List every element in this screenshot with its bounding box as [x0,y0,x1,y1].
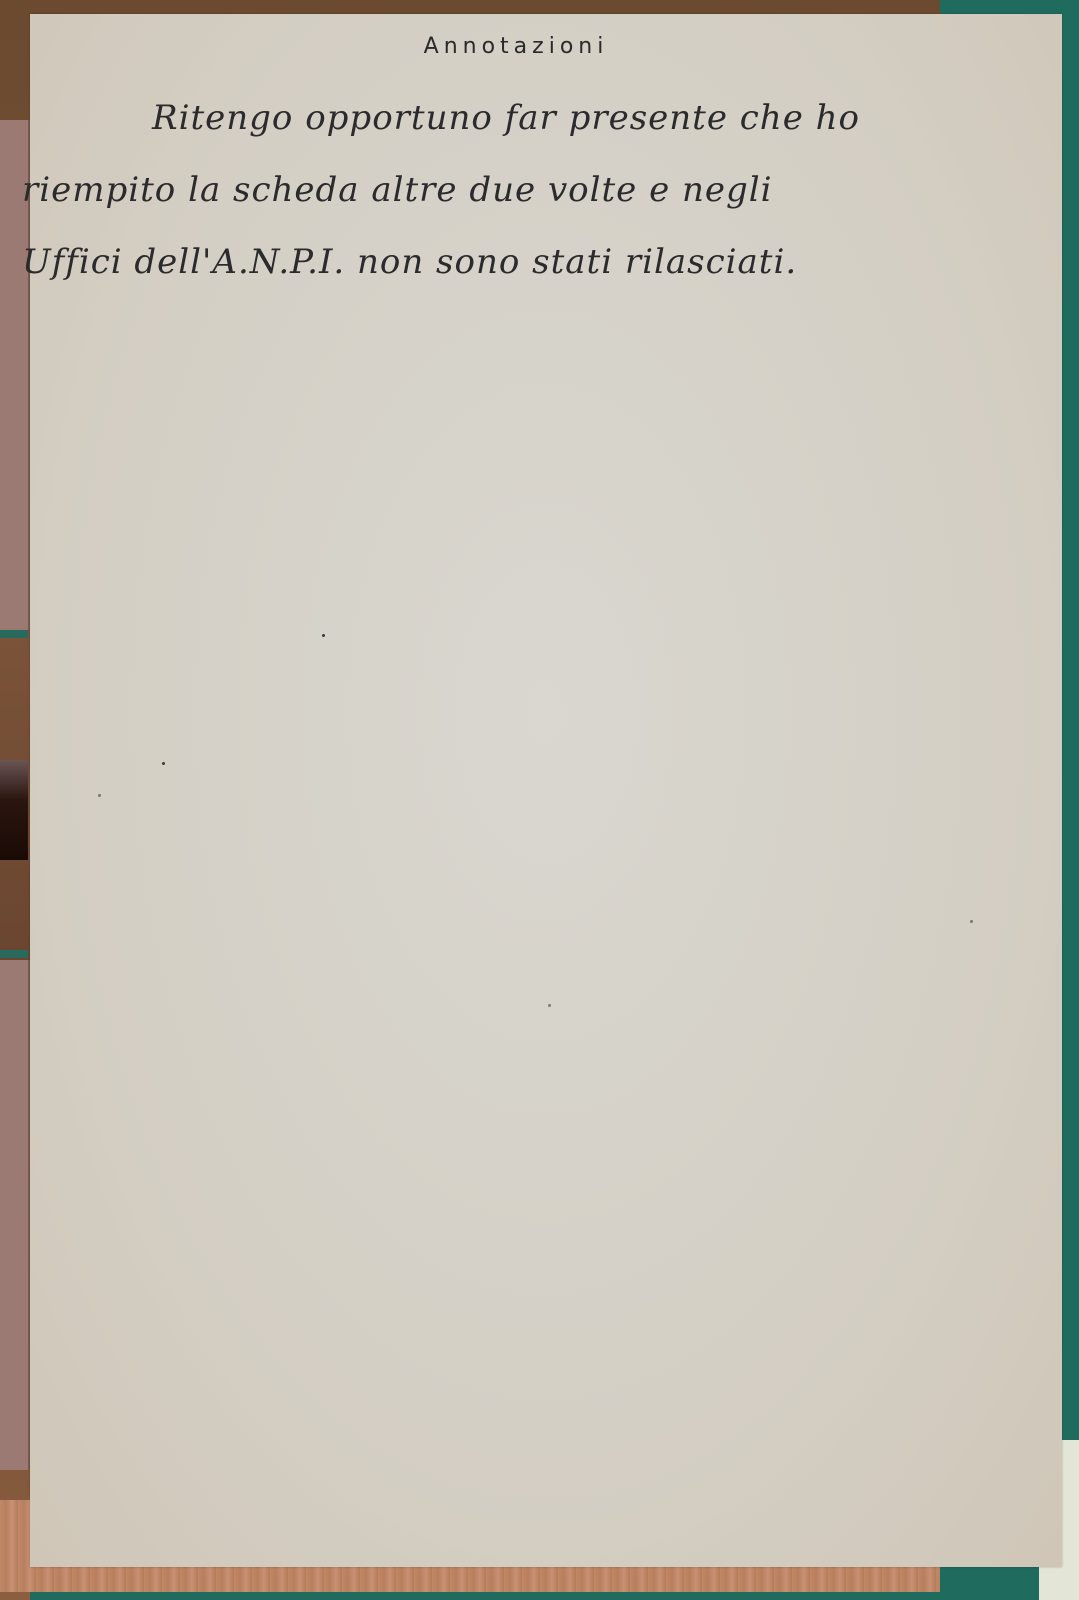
dark-book-edge [0,760,28,860]
book-band [0,950,28,958]
handwritten-line-2: riempito la scheda altre due volte e neg… [22,154,1022,226]
book-spine-lower [0,960,30,1470]
document-page: Annotazioni Ritengo opportuno far presen… [30,14,1062,1567]
printed-heading: Annotazioni [0,34,1032,59]
paper-speck [98,794,101,797]
paper-speck [322,634,325,637]
paper-speck [548,1004,551,1007]
handwritten-line-3: Uffici dell'A.N.P.I. non sono stati rila… [22,226,1022,298]
paper-speck [970,920,973,923]
book-band [0,630,28,638]
handwritten-note: Ritengo opportuno far presente che ho ri… [22,82,1022,298]
handwritten-line-1: Ritengo opportuno far presente che ho [22,82,1022,154]
paper-speck [162,762,165,765]
